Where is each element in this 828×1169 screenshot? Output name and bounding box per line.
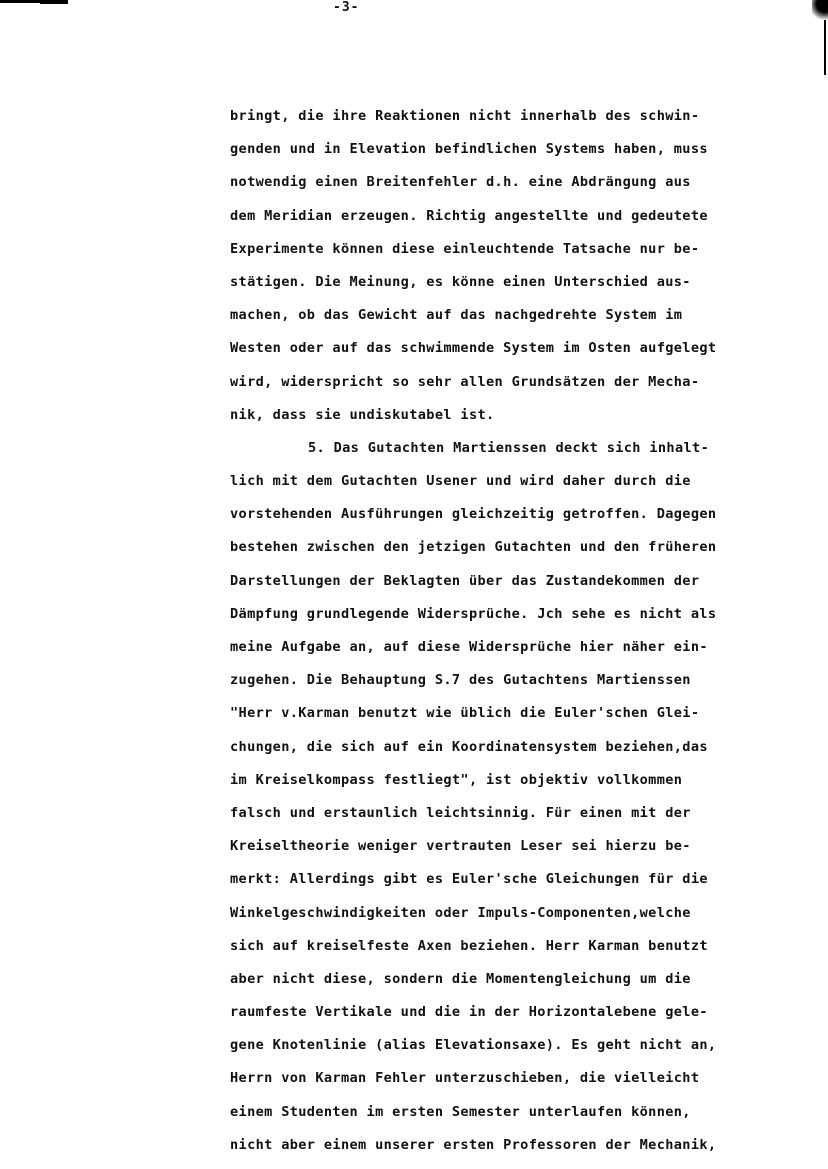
- text-line: meine Aufgabe an, auf diese Widersprüche…: [230, 631, 820, 664]
- text-line: wird, widerspricht so sehr allen Grundsä…: [230, 366, 820, 399]
- text-line: machen, ob das Gewicht auf das nachgedre…: [230, 299, 820, 332]
- text-line: "Herr v.Karman benutzt wie üblich die Eu…: [230, 697, 820, 730]
- text-line: genden und in Elevation befindlichen Sys…: [230, 133, 820, 166]
- text-line: im Kreiselkompass festliegt", ist objekt…: [230, 764, 820, 797]
- text-line: vorstehenden Ausführungen gleichzeitig g…: [230, 498, 820, 531]
- text-line: nik, dass sie undiskutabel ist.: [230, 399, 820, 432]
- text-line: gene Knotenlinie (alias Elevationsaxe). …: [230, 1029, 820, 1062]
- text-line: chungen, die sich auf ein Koordinatensys…: [230, 731, 820, 764]
- text-line: zugehen. Die Behauptung S.7 des Gutachte…: [230, 664, 820, 697]
- text-line: lich mit dem Gutachten Usener und wird d…: [230, 465, 820, 498]
- text-line: nicht aber einem unserer ersten Professo…: [230, 1129, 820, 1162]
- text-line: Winkelgeschwindigkeiten oder Impuls-Comp…: [230, 897, 820, 930]
- text-line: stätigen. Die Meinung, es könne einen Un…: [230, 266, 820, 299]
- text-line: bringt, die ihre Reaktionen nicht innerh…: [230, 100, 820, 133]
- scan-edge-top-inner: [40, 2, 68, 4]
- text-line: raumfeste Vertikale und die in der Horiz…: [230, 996, 820, 1029]
- scan-corner-line: [824, 20, 826, 75]
- text-line: Darstellungen der Beklagten über das Zus…: [230, 565, 820, 598]
- text-line: Herrn von Karman Fehler unterzuschieben,…: [230, 1062, 820, 1095]
- text-line: Kreiseltheorie weniger vertrauten Leser …: [230, 830, 820, 863]
- text-line: falsch und erstaunlich leichtsinnig. Für…: [230, 797, 820, 830]
- text-line: Westen oder auf das schwimmende System i…: [230, 332, 820, 365]
- body-text: bringt, die ihre Reaktionen nicht innerh…: [230, 100, 820, 1162]
- text-line: Dämpfung grundlegende Widersprüche. Jch …: [230, 598, 820, 631]
- text-line: 5. Das Gutachten Martienssen deckt sich …: [230, 432, 820, 465]
- text-line: merkt: Allerdings gibt es Euler'sche Gle…: [230, 863, 820, 896]
- text-line: notwendig einen Breitenfehler d.h. eine …: [230, 166, 820, 199]
- text-line: bestehen zwischen den jetzigen Gutachten…: [230, 531, 820, 564]
- page-number: -3-: [333, 0, 359, 15]
- text-line: Experimente können diese einleuchtende T…: [230, 233, 820, 266]
- scan-corner-smudge: [812, 0, 828, 20]
- text-line: sich auf kreiselfeste Axen beziehen. Her…: [230, 930, 820, 963]
- text-line: aber nicht diese, sondern die Momentengl…: [230, 963, 820, 996]
- text-line: dem Meridian erzeugen. Richtig angestell…: [230, 200, 820, 233]
- text-line: einem Studenten im ersten Semester unter…: [230, 1096, 820, 1129]
